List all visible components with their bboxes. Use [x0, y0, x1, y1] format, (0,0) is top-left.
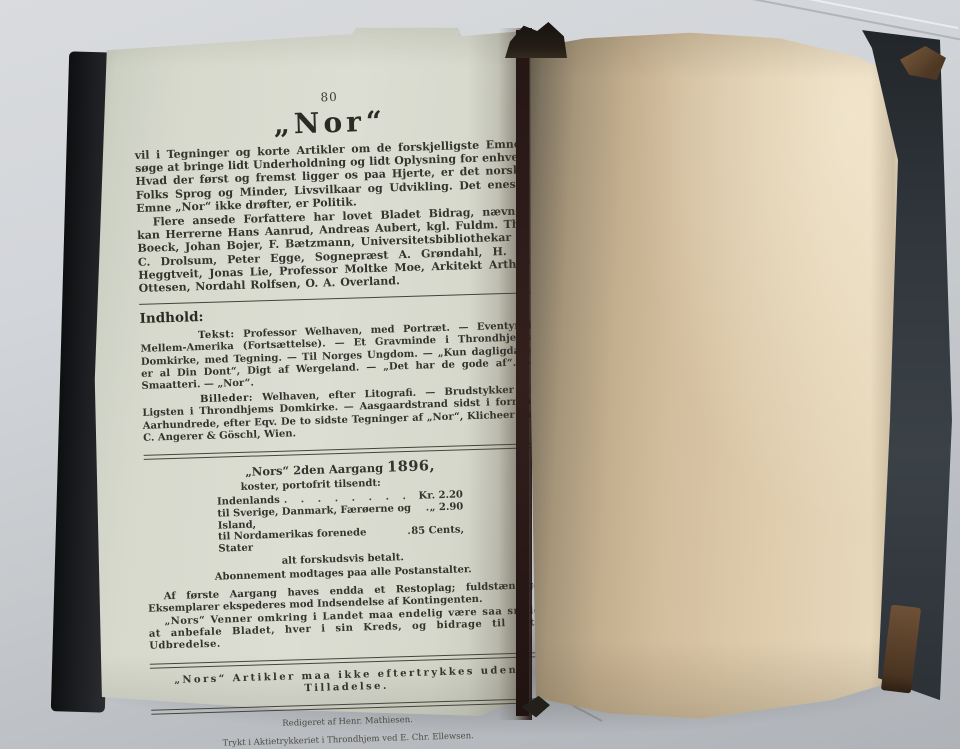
- price-label: til Nordamerikas forenede Stater: [218, 527, 404, 556]
- subscription-heading-text: „Nors“ 2den Aargang: [245, 461, 387, 479]
- price-value: 85 Cents,: [411, 525, 464, 538]
- price-list: Indenlands . . . . . . . . . . Kr. 2.20 …: [217, 489, 465, 555]
- editor-line: Redigeret af Henr. Mathiesen.: [152, 711, 544, 733]
- contents-pictures-paragraph: Billeder: Welhaven, efter Litografi. — B…: [142, 384, 535, 444]
- right-page-blank: [527, 30, 917, 725]
- price-value: „ 2.90: [430, 501, 464, 514]
- contents-pictures-label: Billeder:: [200, 393, 253, 406]
- book-spine: [516, 30, 529, 716]
- book-photo-scene: 80 „Nor“ vil i Tegninger og korte Artikl…: [0, 0, 960, 749]
- reprint-notice: „Nors“ Artikler maa ikke eftertrykkes ud…: [150, 664, 543, 700]
- contents-text-label: Tekst:: [198, 329, 235, 341]
- left-page-text: 80 „Nor“ vil i Tegninger og korte Artikl…: [133, 85, 544, 749]
- contents-text-paragraph: Tekst: Professor Welhaven, med Portræt. …: [140, 321, 534, 394]
- printer-line: Trykt i Aktietrykkeriet i Throndhjem ved…: [152, 729, 544, 749]
- subscription-year: 1896,: [387, 457, 435, 475]
- intro-paragraph: vil i Tegninger og korte Artikler om de …: [135, 137, 529, 215]
- surface-scratch: [762, 0, 959, 29]
- contributors-paragraph: Flere ansede Forfattere har lovet Bladet…: [137, 204, 531, 295]
